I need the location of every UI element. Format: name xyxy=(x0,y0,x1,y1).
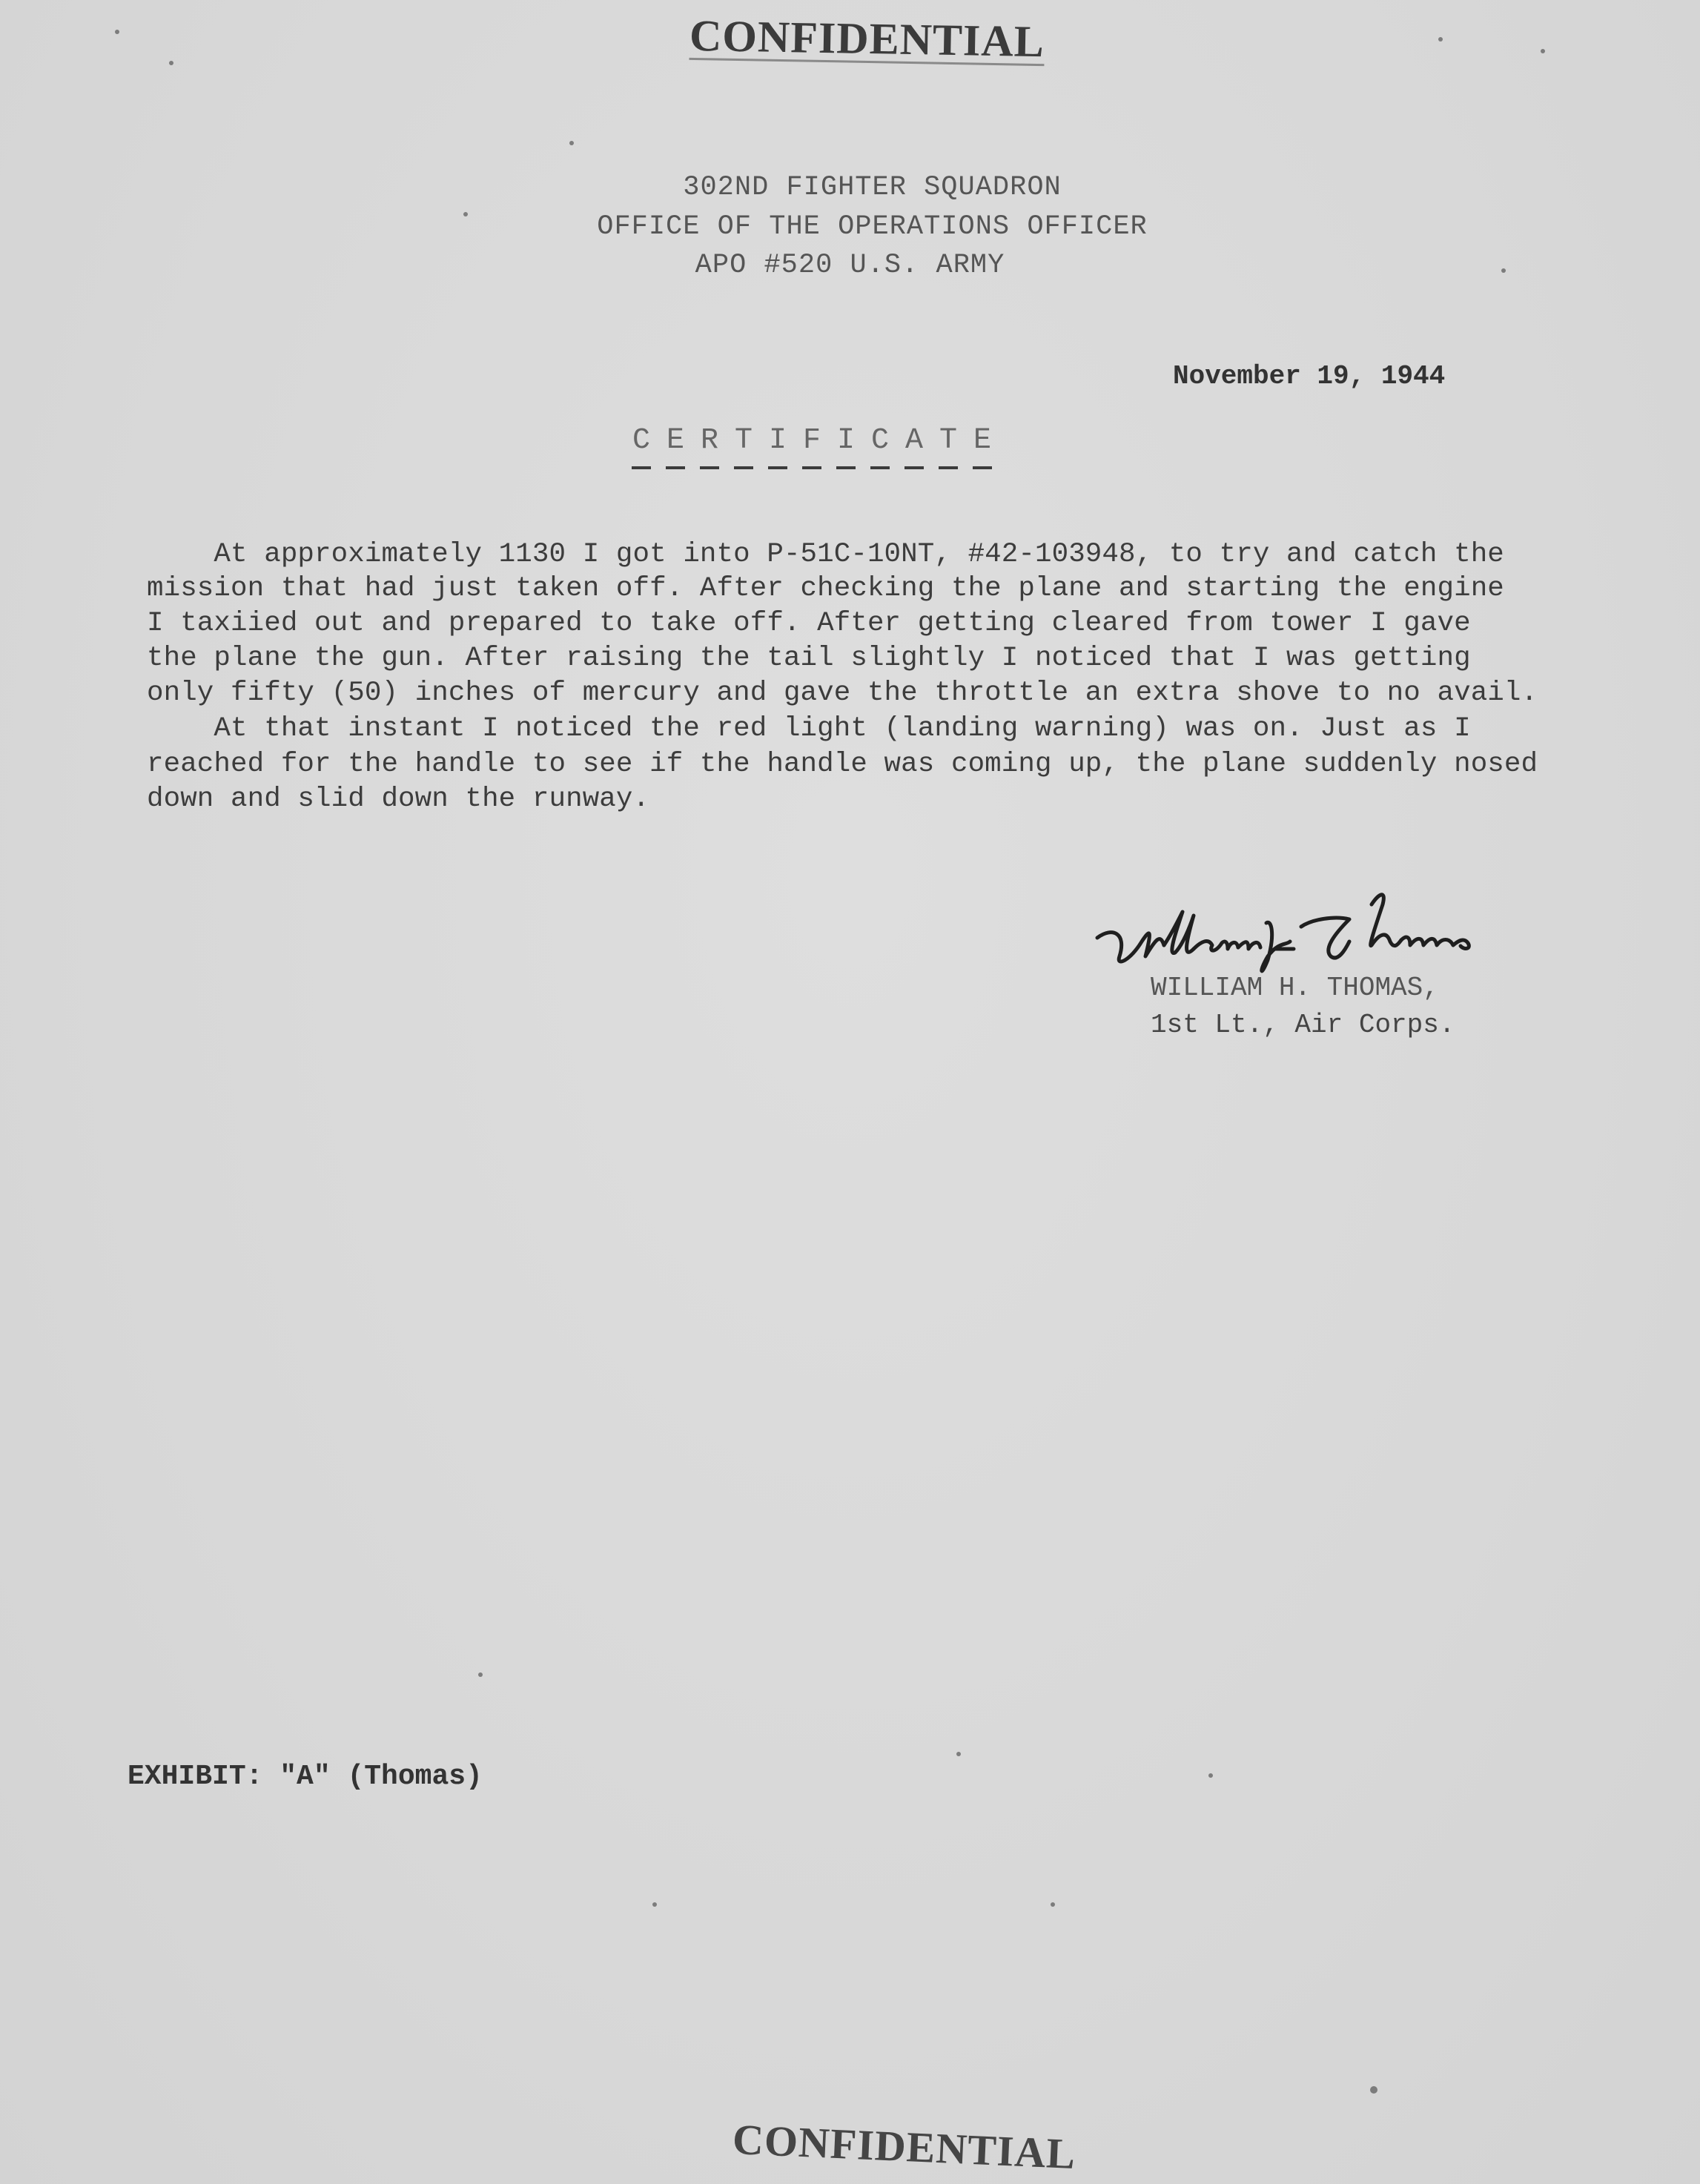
title-letter: F xyxy=(802,424,821,469)
confidential-stamp-top: CONFIDENTIAL xyxy=(689,10,1045,67)
scan-speck xyxy=(652,1902,657,1907)
scan-speck xyxy=(115,30,119,34)
title-letter: C xyxy=(870,424,890,469)
letterhead-address: APO #520 U.S. ARMY xyxy=(0,250,1700,281)
scan-speck xyxy=(169,61,173,65)
scan-speck xyxy=(1438,37,1443,42)
title-letter: T xyxy=(939,424,958,469)
scan-speck xyxy=(1541,49,1545,53)
signer-name: WILLIAM H. THOMAS, xyxy=(1151,973,1439,1003)
confidential-stamp-bottom: CONFIDENTIAL xyxy=(732,2114,1077,2179)
scan-speck xyxy=(478,1672,483,1677)
scan-speck xyxy=(1501,268,1506,273)
scan-speck xyxy=(956,1752,961,1756)
document-date: November 19, 1944 xyxy=(1173,361,1445,391)
body-line: At approximately 1130 I got into P-51C-1… xyxy=(147,539,1504,570)
scan-speck xyxy=(1051,1902,1055,1907)
scan-speck xyxy=(1208,1773,1213,1778)
title-letter: A xyxy=(904,424,924,469)
body-line: mission that had just taken off. After c… xyxy=(147,573,1504,604)
signature-block: William H. Thomas WILLIAM H. THOMAS, 1st… xyxy=(1090,875,1624,1053)
title-letter: I xyxy=(768,424,787,469)
scan-speck xyxy=(569,141,574,145)
body-line: At that instant I noticed the red light … xyxy=(147,713,1471,744)
body-line: down and slid down the runway. xyxy=(147,784,649,815)
scan-speck xyxy=(1370,2086,1377,2094)
exhibit-label: EXHIBIT: "A" (Thomas) xyxy=(128,1761,483,1793)
title-letter: E xyxy=(666,424,685,469)
title-letter: E xyxy=(973,424,992,469)
letterhead-unit: 302ND FIGHTER SQUADRON xyxy=(22,172,1700,203)
signer-rank: 1st Lt., Air Corps. xyxy=(1151,1010,1455,1040)
scan-speck xyxy=(463,212,468,216)
title-letter: R xyxy=(700,424,719,469)
body-line: only fifty (50) inches of mercury and ga… xyxy=(147,678,1538,709)
letterhead-office: OFFICE OF THE OPERATIONS OFFICER xyxy=(22,211,1700,242)
title-letter: C xyxy=(632,424,651,469)
title-letter: I xyxy=(836,424,856,469)
document-title: CERTIFICATE xyxy=(632,424,1007,469)
document-page: CONFIDENTIAL 302ND FIGHTER SQUADRON OFFI… xyxy=(0,0,1700,2184)
body-line: the plane the gun. After raising the tai… xyxy=(147,643,1471,674)
body-line: reached for the handle to see if the han… xyxy=(147,749,1538,780)
body-line: I taxiied out and prepared to take off. … xyxy=(147,608,1471,639)
title-letter: T xyxy=(734,424,753,469)
